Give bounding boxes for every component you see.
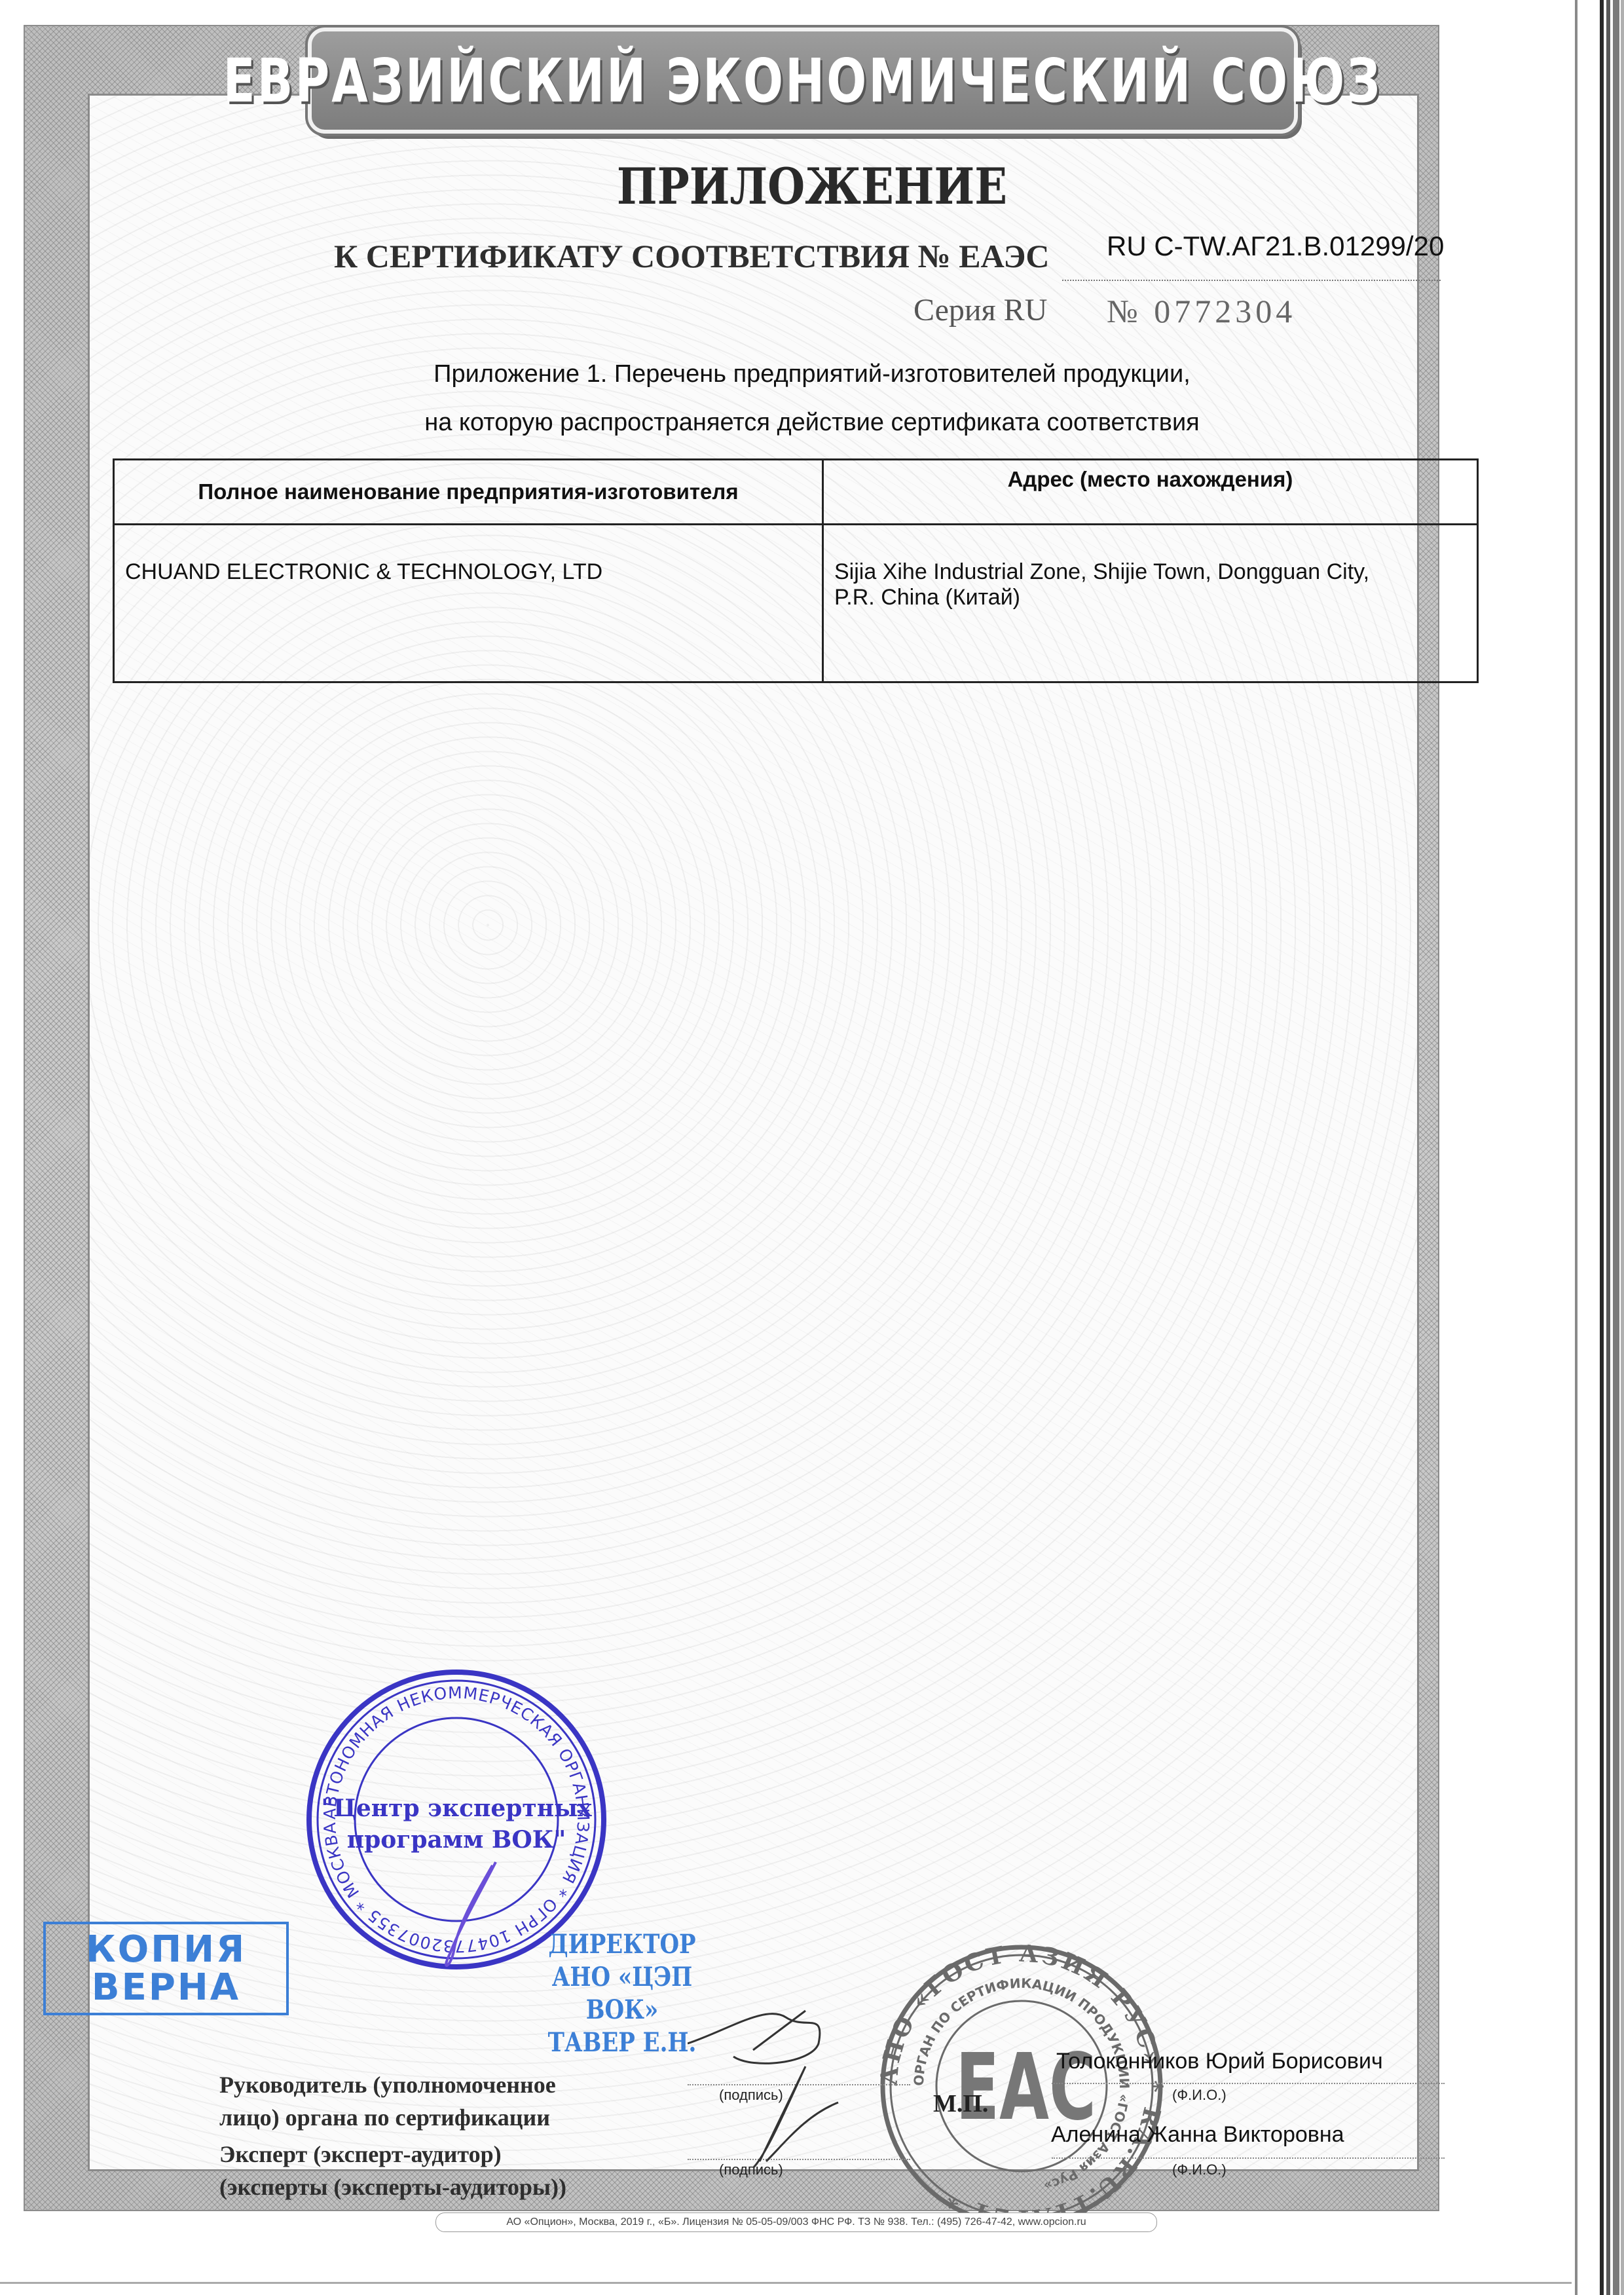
seal-center-line1: "Центр экспертных: [321, 1795, 592, 1822]
table-row: CHUAND ELECTRONIC & TECHNOLOGY, LTD Siji…: [114, 525, 1478, 682]
manufacturer-address: Sijia Xihe Industrial Zone, Shijie Town,…: [823, 525, 1478, 682]
copy-stamp-line1: КОПИЯ: [86, 1931, 246, 1969]
manufacturer-name: CHUAND ELECTRONIC & TECHNOLOGY, LTD: [114, 525, 823, 682]
appendix-subtitle-line1: Приложение 1. Перечень предприятий-изгот…: [0, 360, 1624, 388]
seal-place-label: М.П.: [933, 2089, 988, 2118]
page-title: ПРИЛОЖЕНИЕ: [114, 157, 1511, 215]
eaeu-banner: ЕВРАЗИЙСКИЙ ЭКОНОМИЧЕСКИЙ СОЮЗ: [308, 28, 1298, 134]
page-bottom-edge: [0, 2282, 1572, 2284]
column-header-name: Полное наименование предприятия-изготови…: [114, 460, 823, 525]
certificate-label: К СЕРТИФИКАТУ СООТВЕТСТВИЯ № ЕАЭС: [334, 237, 1050, 275]
certificate-number-underline: [1062, 280, 1441, 281]
certificate-number: RU C-TW.АГ21.В.01299/20: [1107, 231, 1444, 262]
address-line-2: P.R. China (Китай): [834, 585, 1466, 610]
head-label-line1: Руководитель (уполномоченное: [219, 2068, 556, 2101]
document-body-area: [88, 94, 1419, 2171]
head-name-line: [1052, 2083, 1445, 2084]
expert-name: Аленина Жанна Викторовна: [1051, 2122, 1344, 2148]
copy-certified-stamp: КОПИЯ ВЕРНА: [43, 1922, 289, 2015]
expert-name-line: [1052, 2157, 1445, 2159]
expert-label-line1: Эксперт (эксперт-аудитор): [219, 2138, 566, 2171]
table-header-row: Полное наименование предприятия-изготови…: [114, 460, 1478, 525]
organization-round-seal: АВТОНОМНАЯ НЕКОММЕРЧЕСКАЯ ОРГАНИЗАЦИЯ * …: [303, 1666, 610, 1973]
head-fio-caption: (Ф.И.О.): [1172, 2087, 1227, 2104]
manufacturers-table: Полное наименование предприятия-изготови…: [113, 458, 1479, 683]
seal-center-line2: программ ВОК": [347, 1826, 566, 1854]
expert-label: Эксперт (эксперт-аудитор) (эксперты (экс…: [219, 2138, 566, 2203]
address-line-1: Sijia Xihe Industrial Zone, Shijie Town,…: [834, 559, 1466, 585]
form-series: Серия RU: [913, 292, 1047, 328]
copy-stamp-line2: ВЕРНА: [92, 1969, 240, 2007]
column-header-address: Адрес (место нахождения): [823, 460, 1478, 525]
director-stamp-line1: ДИРЕКТОР: [522, 1928, 722, 1961]
head-of-body-label: Руководитель (уполномоченное лицо) орган…: [219, 2068, 556, 2134]
expert-fio-caption: (Ф.И.О.): [1172, 2161, 1227, 2178]
printer-imprint: АО «Опцион», Москва, 2019 г., «Б». Лицен…: [435, 2212, 1157, 2232]
head-label-line2: лицо) органа по сертификации: [219, 2101, 556, 2134]
banner-title: ЕВРАЗИЙСКИЙ ЭКОНОМИЧЕСКИЙ СОЮЗ: [223, 46, 1382, 116]
appendix-subtitle-line2: на которую распространяется действие сер…: [0, 409, 1624, 437]
scanner-edge-artifact: [1575, 0, 1624, 2295]
form-serial-number: № 0772304: [1107, 292, 1296, 330]
head-signature: [688, 1991, 884, 2188]
expert-label-line2: (эксперты (эксперты-аудиторы)): [219, 2171, 566, 2203]
head-name: Толоконников Юрий Борисович: [1056, 2049, 1383, 2074]
